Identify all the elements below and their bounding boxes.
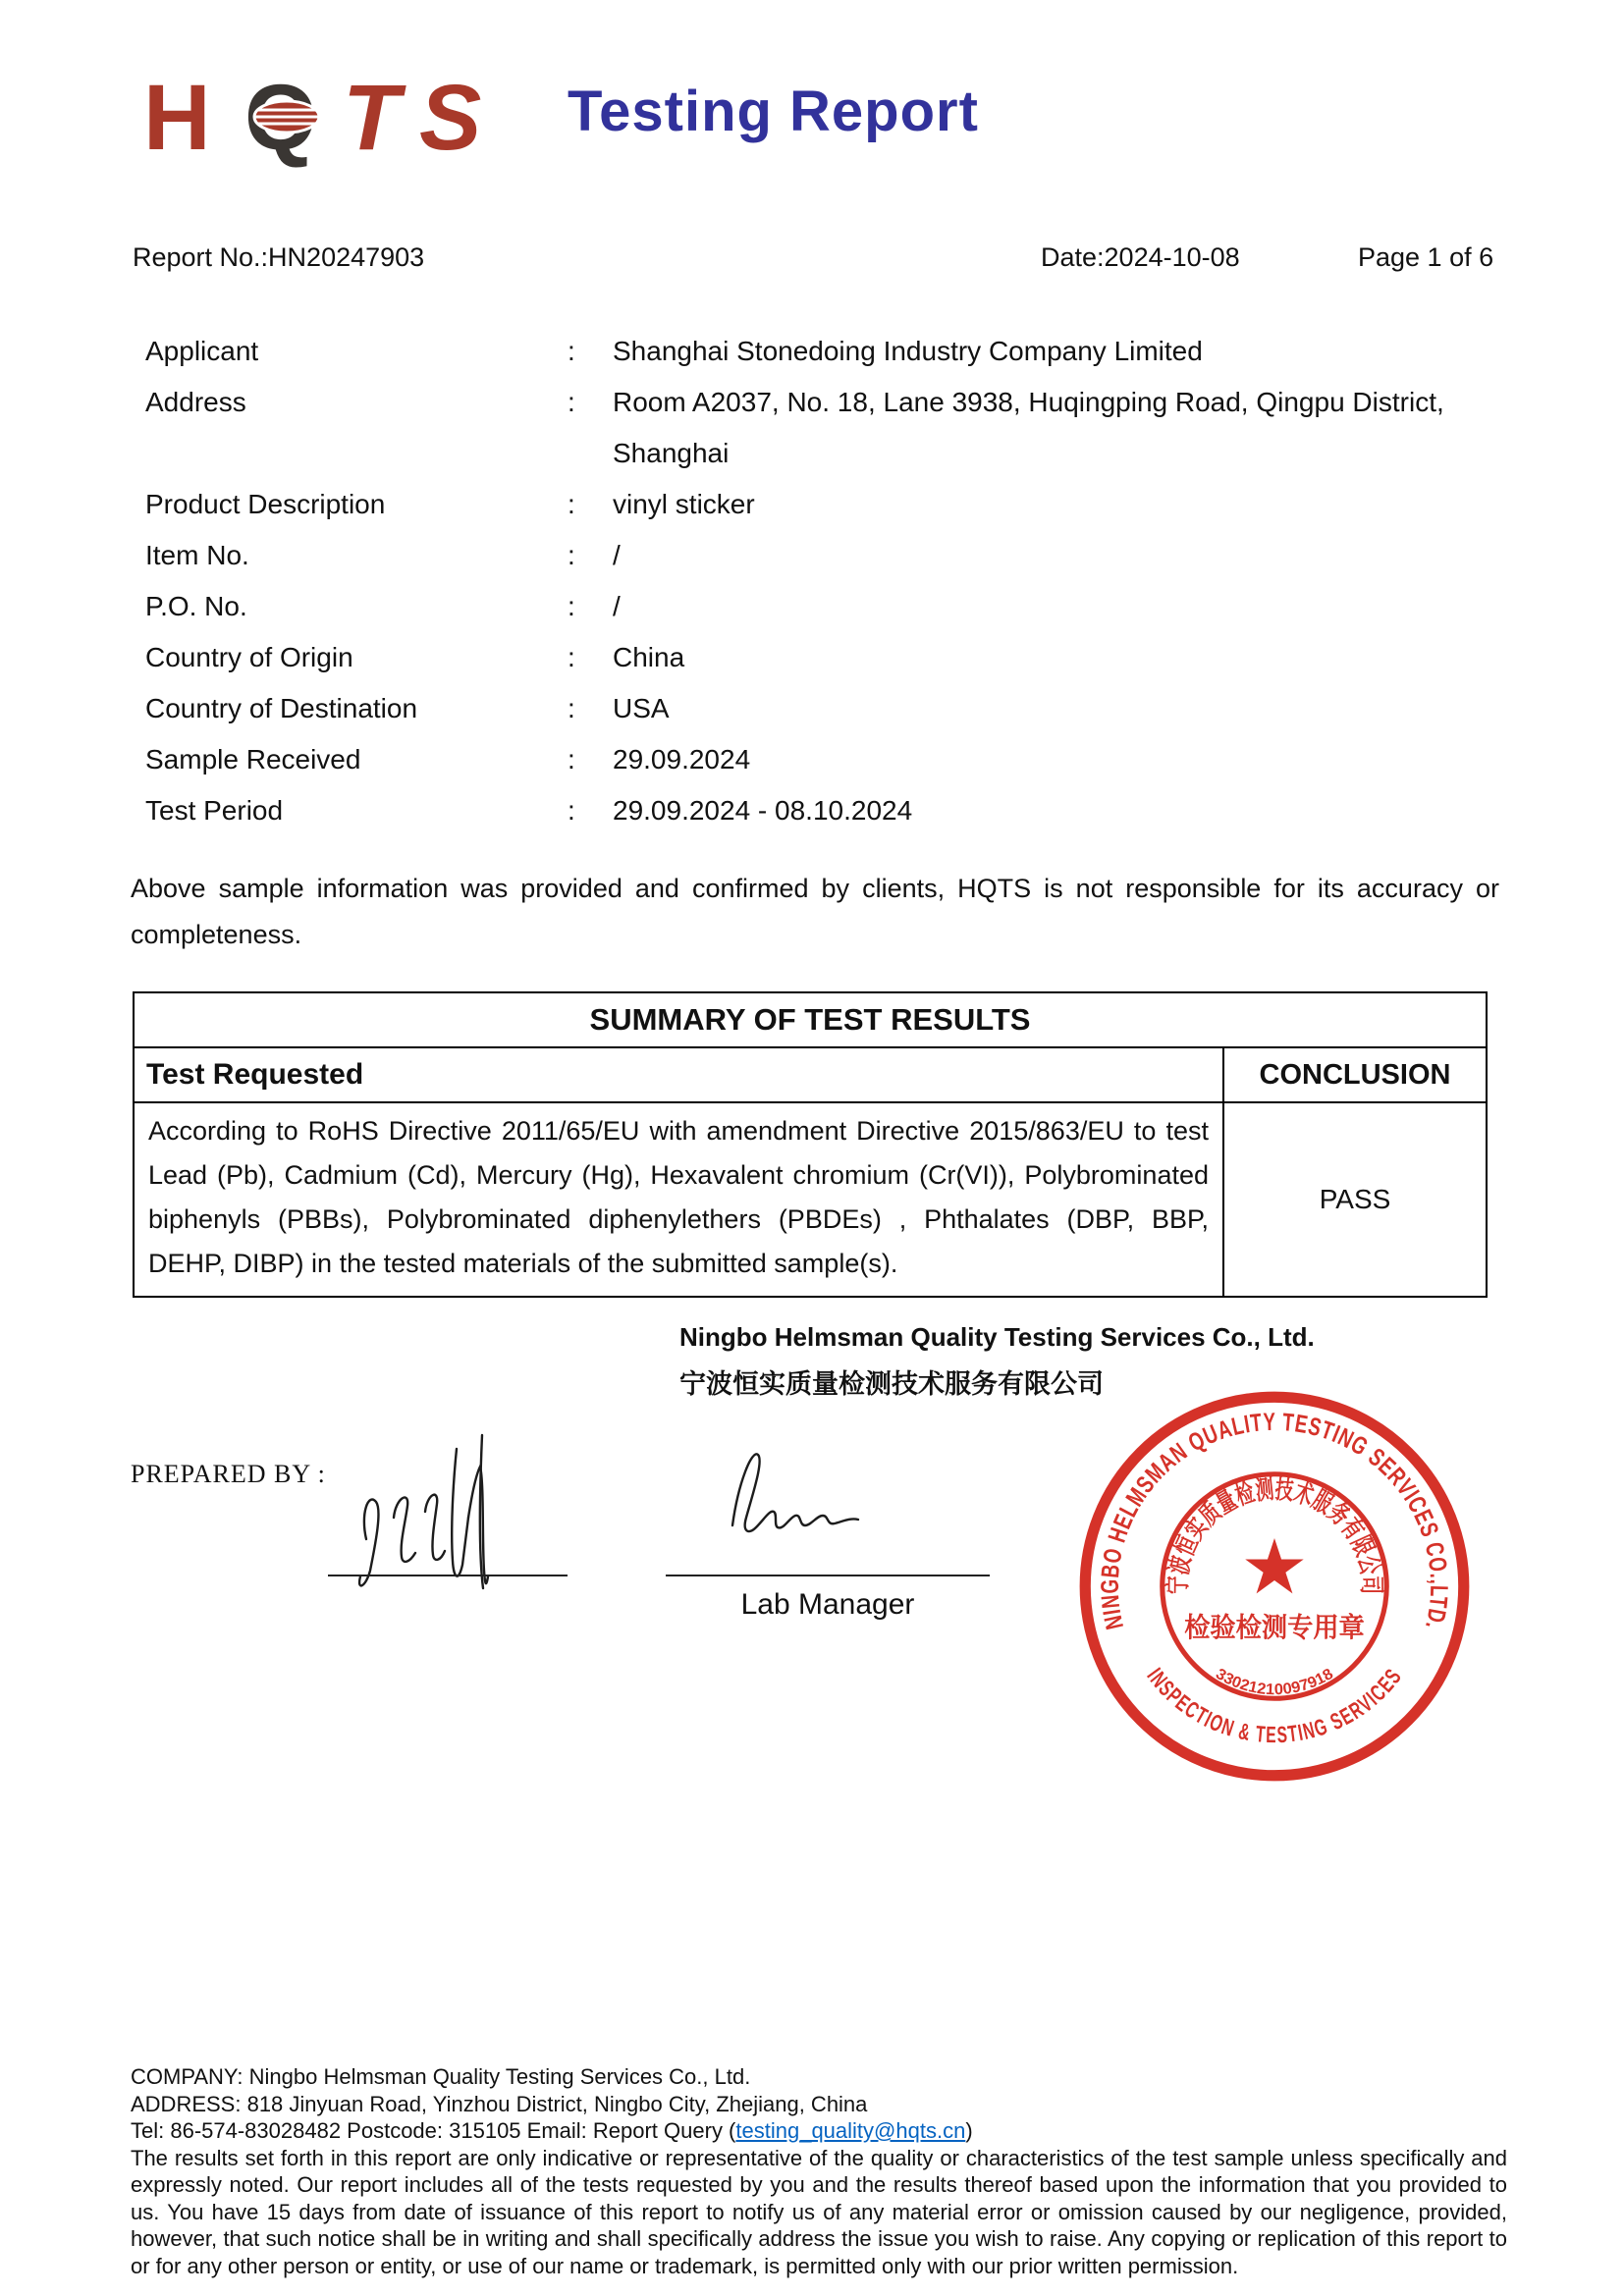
test-requested-cell: According to RoHS Directive 2011/65/EU w… xyxy=(134,1102,1223,1297)
table-row: According to RoHS Directive 2011/65/EU w… xyxy=(134,1102,1487,1297)
info-row-test-period: Test Period : 29.09.2024 - 08.10.2024 xyxy=(145,785,1500,836)
info-label: Country of Origin xyxy=(145,632,568,683)
info-row-item-no: Item No. : / xyxy=(145,530,1500,581)
info-colon: : xyxy=(568,377,613,479)
info-row-product-description: Product Description : vinyl sticker xyxy=(145,479,1500,530)
info-colon: : xyxy=(568,581,613,632)
info-row-address: Address : Room A2037, No. 18, Lane 3938,… xyxy=(145,377,1500,479)
info-value: vinyl sticker xyxy=(613,479,1496,530)
prepared-by-label: PREPARED BY : xyxy=(131,1460,326,1489)
footer-contact-text: Tel: 86-574-83028482 Postcode: 315105 Em… xyxy=(131,2118,735,2143)
stamp-center-cn-text: 检验检测专用章 xyxy=(1184,1612,1365,1642)
sample-info: Applicant : Shanghai Stonedoing Industry… xyxy=(145,326,1500,836)
signature-icon xyxy=(693,1435,899,1538)
logo-letter-t: T xyxy=(343,82,406,170)
signature-line-left xyxy=(328,1575,568,1576)
signature-line-right xyxy=(666,1575,990,1576)
info-row-country-of-destination: Country of Destination : USA xyxy=(145,683,1500,734)
table-title: SUMMARY OF TEST RESULTS xyxy=(134,992,1487,1047)
footer-disclaimer: The results set forth in this report are… xyxy=(131,2145,1507,2280)
hqts-logo-icon: H Q T S xyxy=(143,82,514,181)
testing-report-page: H Q T S Testing Report Report No.:HN2024… xyxy=(0,0,1624,2296)
info-value: Shanghai Stonedoing Industry Company Lim… xyxy=(613,326,1496,377)
summary-of-test-results-table: SUMMARY OF TEST RESULTS Test Requested C… xyxy=(133,991,1488,1298)
footer-contact-suffix: ) xyxy=(965,2118,972,2143)
info-label: P.O. No. xyxy=(145,581,568,632)
info-label: Sample Received xyxy=(145,734,568,785)
company-name-en: Ningbo Helmsman Quality Testing Services… xyxy=(679,1321,1315,1353)
footer-address-line: ADDRESS: 818 Jinyuan Road, Yinzhou Distr… xyxy=(131,2091,1507,2118)
signature-icon xyxy=(339,1421,565,1593)
info-colon: : xyxy=(568,683,613,734)
company-stamp: NINGBO HELMSMAN QUALITY TESTING SERVICES… xyxy=(1074,1386,1475,1791)
lab-manager-label: Lab Manager xyxy=(666,1588,990,1622)
red-seal-icon: NINGBO HELMSMAN QUALITY TESTING SERVICES… xyxy=(1074,1386,1475,1787)
info-colon: : xyxy=(568,785,613,836)
lab-manager-signature xyxy=(693,1435,899,1543)
svg-text:INSPECTION & TESTING SERVICES: INSPECTION & TESTING SERVICES xyxy=(1142,1663,1406,1747)
prepared-by-signature xyxy=(339,1421,565,1598)
conclusion-cell: PASS xyxy=(1223,1102,1487,1297)
info-colon: : xyxy=(568,479,613,530)
info-colon: : xyxy=(568,530,613,581)
stamp-star-icon: ★ xyxy=(1240,1525,1308,1610)
stamp-number-text: 33021210097918 xyxy=(1213,1666,1336,1699)
report-number: Report No.:HN20247903 xyxy=(133,242,424,273)
table-title-row: SUMMARY OF TEST RESULTS xyxy=(134,992,1487,1047)
info-value: 29.09.2024 xyxy=(613,734,1496,785)
info-row-po-no: P.O. No. : / xyxy=(145,581,1500,632)
column-header-test-requested: Test Requested xyxy=(134,1047,1223,1102)
stamp-arc-bottom-text: INSPECTION & TESTING SERVICES xyxy=(1142,1663,1406,1747)
info-colon: : xyxy=(568,632,613,683)
footer-company-line: COMPANY: Ningbo Helmsman Quality Testing… xyxy=(131,2063,1507,2091)
info-value: Room A2037, No. 18, Lane 3938, Huqingpin… xyxy=(613,377,1496,479)
info-colon: : xyxy=(568,326,613,377)
page-title: Testing Report xyxy=(568,79,979,144)
sample-info-disclaimer: Above sample information was provided an… xyxy=(131,866,1499,958)
info-label: Product Description xyxy=(145,479,568,530)
column-header-conclusion: CONCLUSION xyxy=(1223,1047,1487,1102)
info-row-sample-received: Sample Received : 29.09.2024 xyxy=(145,734,1500,785)
info-value: USA xyxy=(613,683,1496,734)
info-value: 29.09.2024 - 08.10.2024 xyxy=(613,785,1496,836)
logo-letter-s: S xyxy=(419,82,481,170)
info-label: Applicant xyxy=(145,326,568,377)
page-number: Page 1 of 6 xyxy=(1358,242,1493,273)
report-date: Date:2024-10-08 xyxy=(1041,242,1240,273)
info-label: Address xyxy=(145,377,568,479)
svg-text:33021210097918: 33021210097918 xyxy=(1213,1666,1336,1699)
info-row-applicant: Applicant : Shanghai Stonedoing Industry… xyxy=(145,326,1500,377)
report-query-email-link[interactable]: testing_quality@hqts.cn xyxy=(735,2118,965,2143)
info-row-country-of-origin: Country of Origin : China xyxy=(145,632,1500,683)
info-label: Country of Destination xyxy=(145,683,568,734)
footer-contact-line: Tel: 86-574-83028482 Postcode: 315105 Em… xyxy=(131,2117,1507,2145)
meta-row: Report No.:HN20247903 Date:2024-10-08 Pa… xyxy=(133,242,1499,276)
info-label: Test Period xyxy=(145,785,568,836)
info-value: / xyxy=(613,530,1496,581)
footer: COMPANY: Ningbo Helmsman Quality Testing… xyxy=(131,2063,1507,2279)
info-value: / xyxy=(613,581,1496,632)
hqts-logo: H Q T S xyxy=(143,82,514,186)
info-value: China xyxy=(613,632,1496,683)
logo-letter-h: H xyxy=(143,82,211,170)
info-label: Item No. xyxy=(145,530,568,581)
table-header-row: Test Requested CONCLUSION xyxy=(134,1047,1487,1102)
info-colon: : xyxy=(568,734,613,785)
